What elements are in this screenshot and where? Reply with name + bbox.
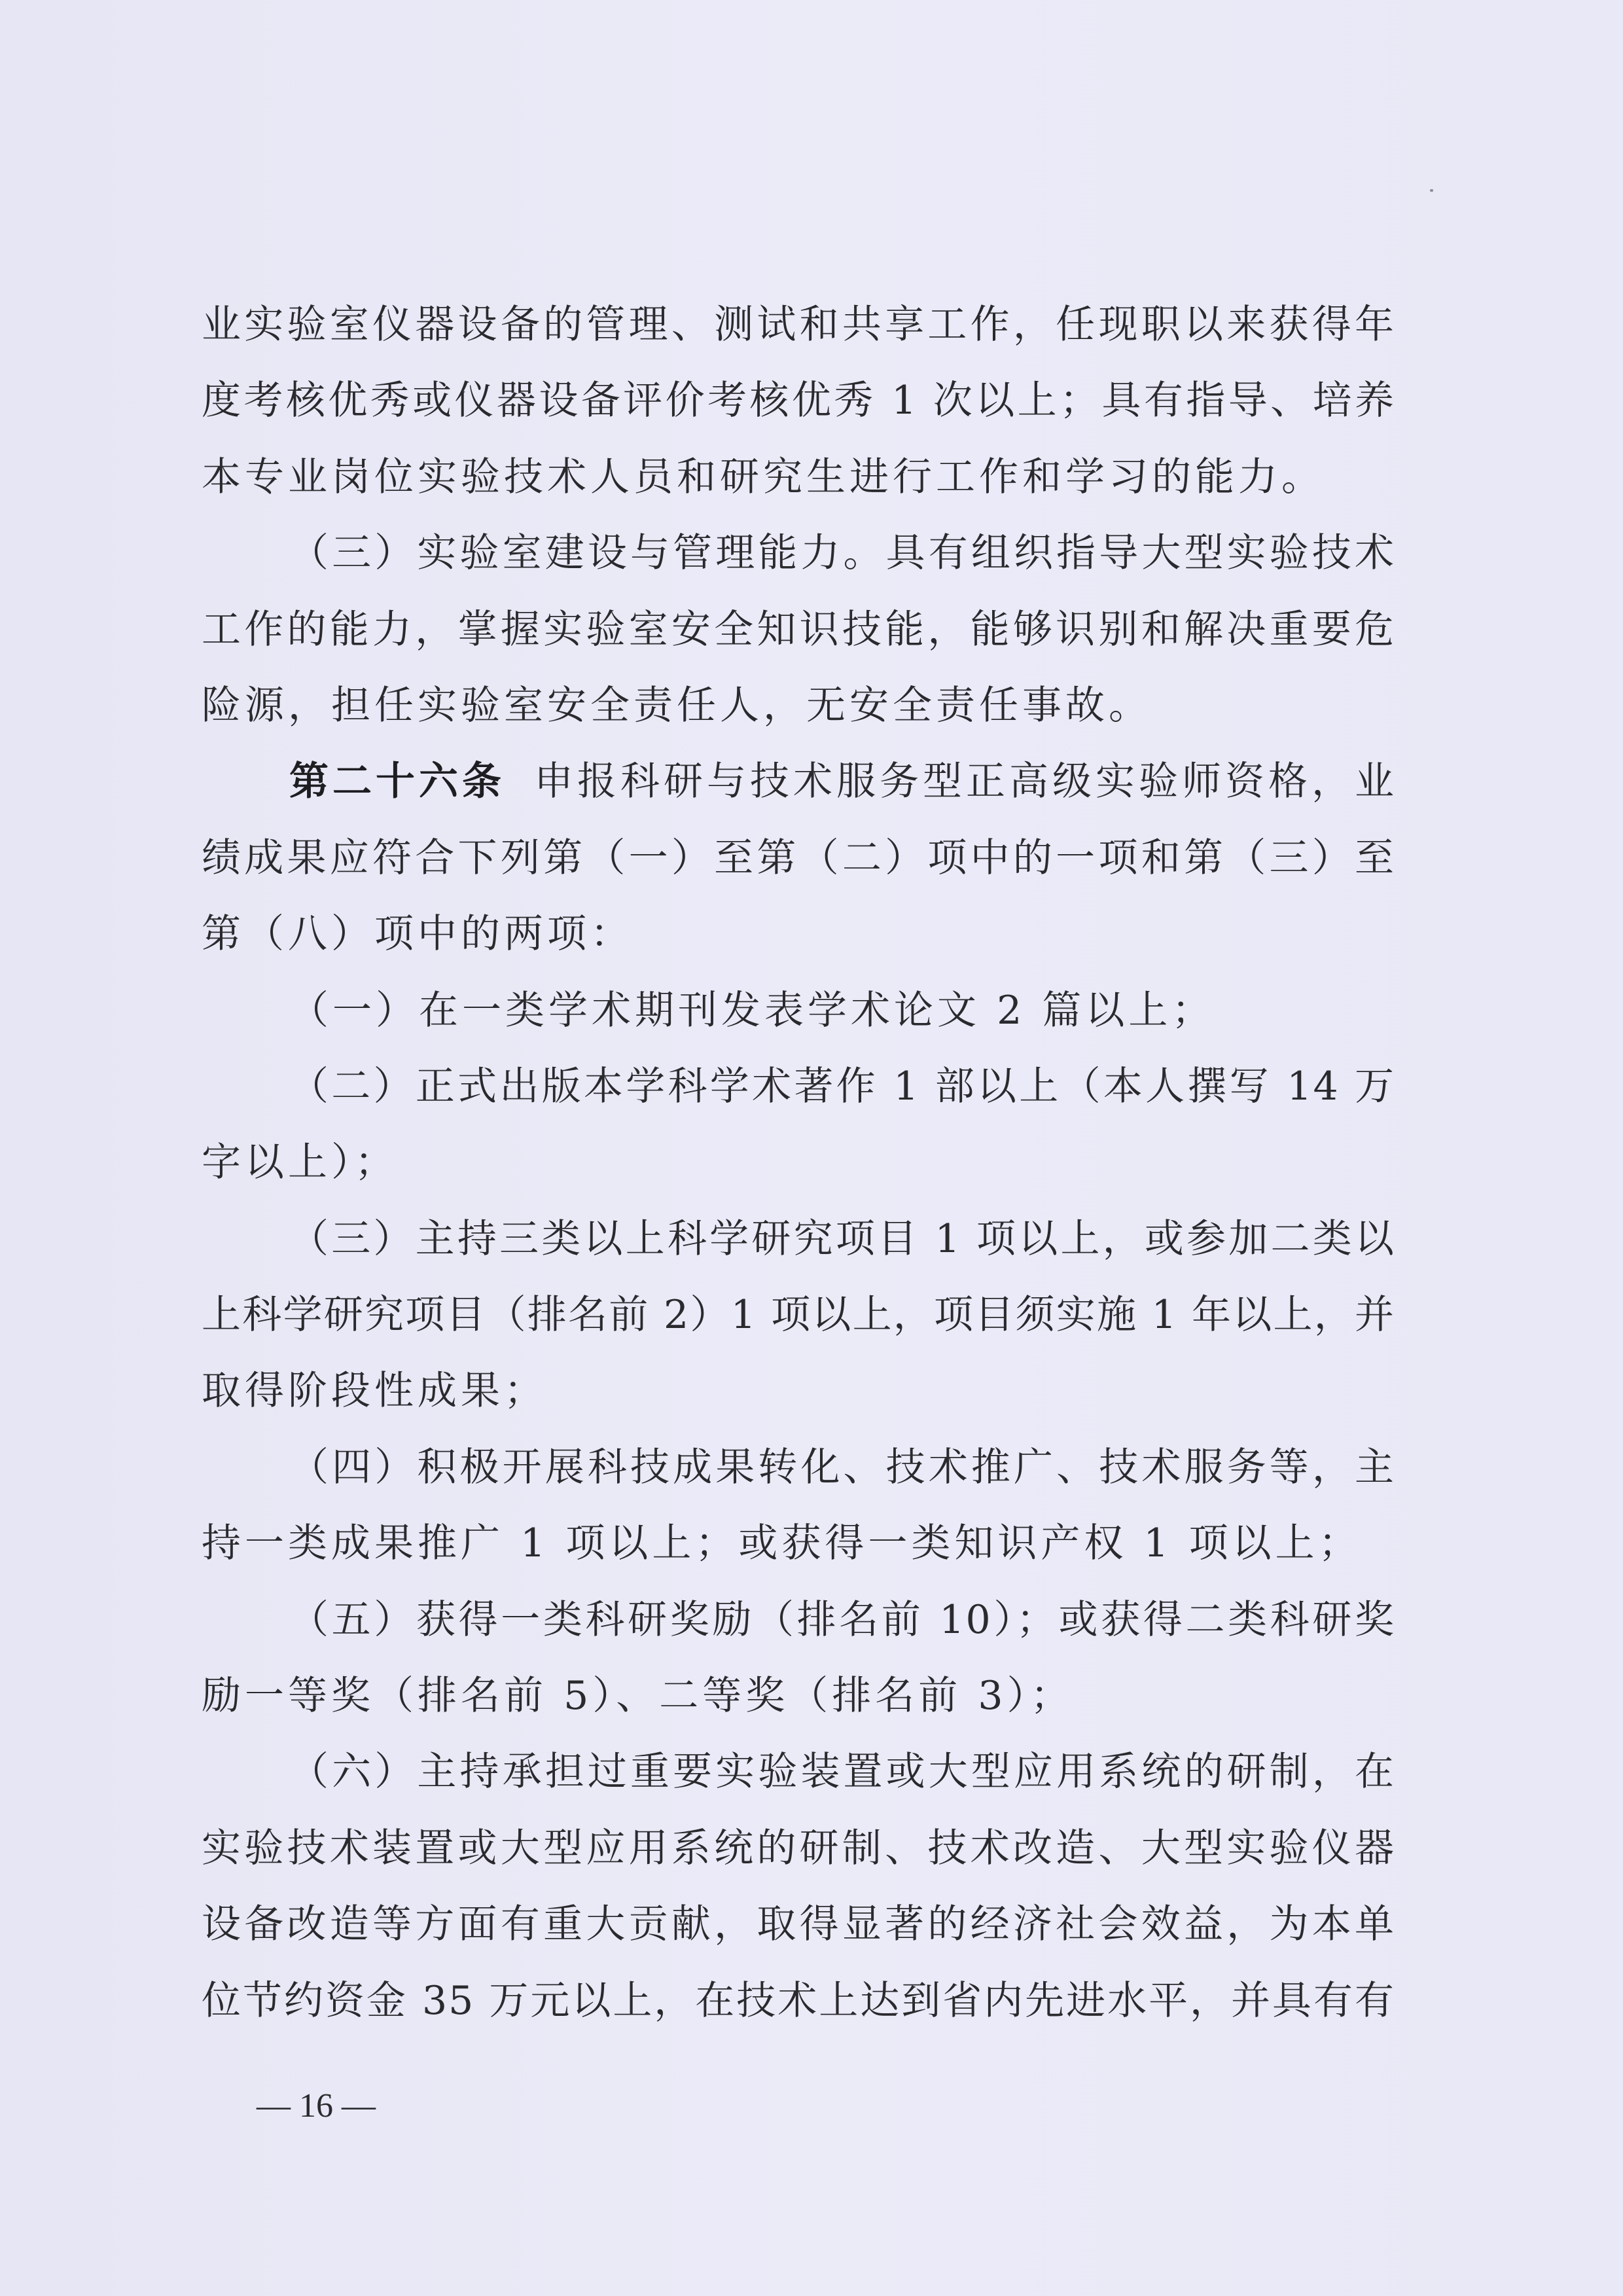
text-line: 本专业岗位实验技术人员和研究生进行工作和学习的能力。 <box>202 446 1395 522</box>
list-item-line: （四）积极开展科技成果转化、技术推广、技术服务等，主 <box>202 1436 1395 1512</box>
text-line: （三）实验室建设与管理能力。具有组织指导大型实验技术 <box>202 522 1395 598</box>
article-label: 第二十六条 <box>289 759 505 804</box>
text-line: 励一等奖（排名前 5）、二等奖（排名前 3）； <box>202 1664 1395 1740</box>
text-line: 度考核优秀或仪器设备评价考核优秀 1 次以上；具有指导、培养 <box>202 369 1395 445</box>
text-line: 字以上）； <box>202 1131 1395 1207</box>
text-line: 业实验室仪器设备的管理、测试和共享工作，任现职以来获得年 <box>202 293 1395 369</box>
article-text: 申报科研与技术服务型正高级实验师资格，业 <box>531 759 1395 804</box>
text-line: 工作的能力，掌握实验室安全知识技能，能够识别和解决重要危 <box>202 598 1395 674</box>
article-heading-line: 第二十六条申报科研与技术服务型正高级实验师资格，业 <box>202 750 1395 826</box>
text-line: 险源，担任实验室安全责任人，无安全责任事故。 <box>202 674 1395 750</box>
text-line: 绩成果应符合下列第（一）至第（二）项中的一项和第（三）至 <box>202 827 1395 903</box>
text-line: 第（八）项中的两项： <box>202 903 1395 978</box>
list-item-line: （一）在一类学术期刊发表学术论文 2 篇以上； <box>202 979 1395 1055</box>
document-page: 业实验室仪器设备的管理、测试和共享工作，任现职以来获得年 度考核优秀或仪器设备评… <box>0 0 1623 2296</box>
list-item-line: （五）获得一类科研奖励（排名前 10）；或获得二类科研奖 <box>202 1588 1395 1664</box>
document-body: 业实验室仪器设备的管理、测试和共享工作，任现职以来获得年 度考核优秀或仪器设备评… <box>202 293 1395 2045</box>
list-item-line: （六）主持承担过重要实验装置或大型应用系统的研制，在 <box>202 1740 1395 1816</box>
text-line: 上科学研究项目（排名前 2）1 项以上，项目须实施 1 年以上，并 <box>202 1283 1395 1359</box>
list-item-line: （二）正式出版本学科学术著作 1 部以上（本人撰写 14 万 <box>202 1055 1395 1131</box>
list-item-line: （三）主持三类以上科学研究项目 1 项以上，或参加二类以 <box>202 1208 1395 1283</box>
text-line: 设备改造等方面有重大贡献，取得显著的经济社会效益，为本单 <box>202 1893 1395 1969</box>
text-line: 取得阶段性成果； <box>202 1359 1395 1435</box>
text-line: 位节约资金 35 万元以上，在技术上达到省内先进水平，并具有有 <box>202 1969 1395 2045</box>
text-line: 实验技术装置或大型应用系统的研制、技术改造、大型实验仪器 <box>202 1817 1395 1893</box>
scan-speck <box>1430 189 1433 192</box>
text-line: 持一类成果推广 1 项以上；或获得一类知识产权 1 项以上； <box>202 1512 1395 1588</box>
page-number: — 16 — <box>257 2087 376 2126</box>
